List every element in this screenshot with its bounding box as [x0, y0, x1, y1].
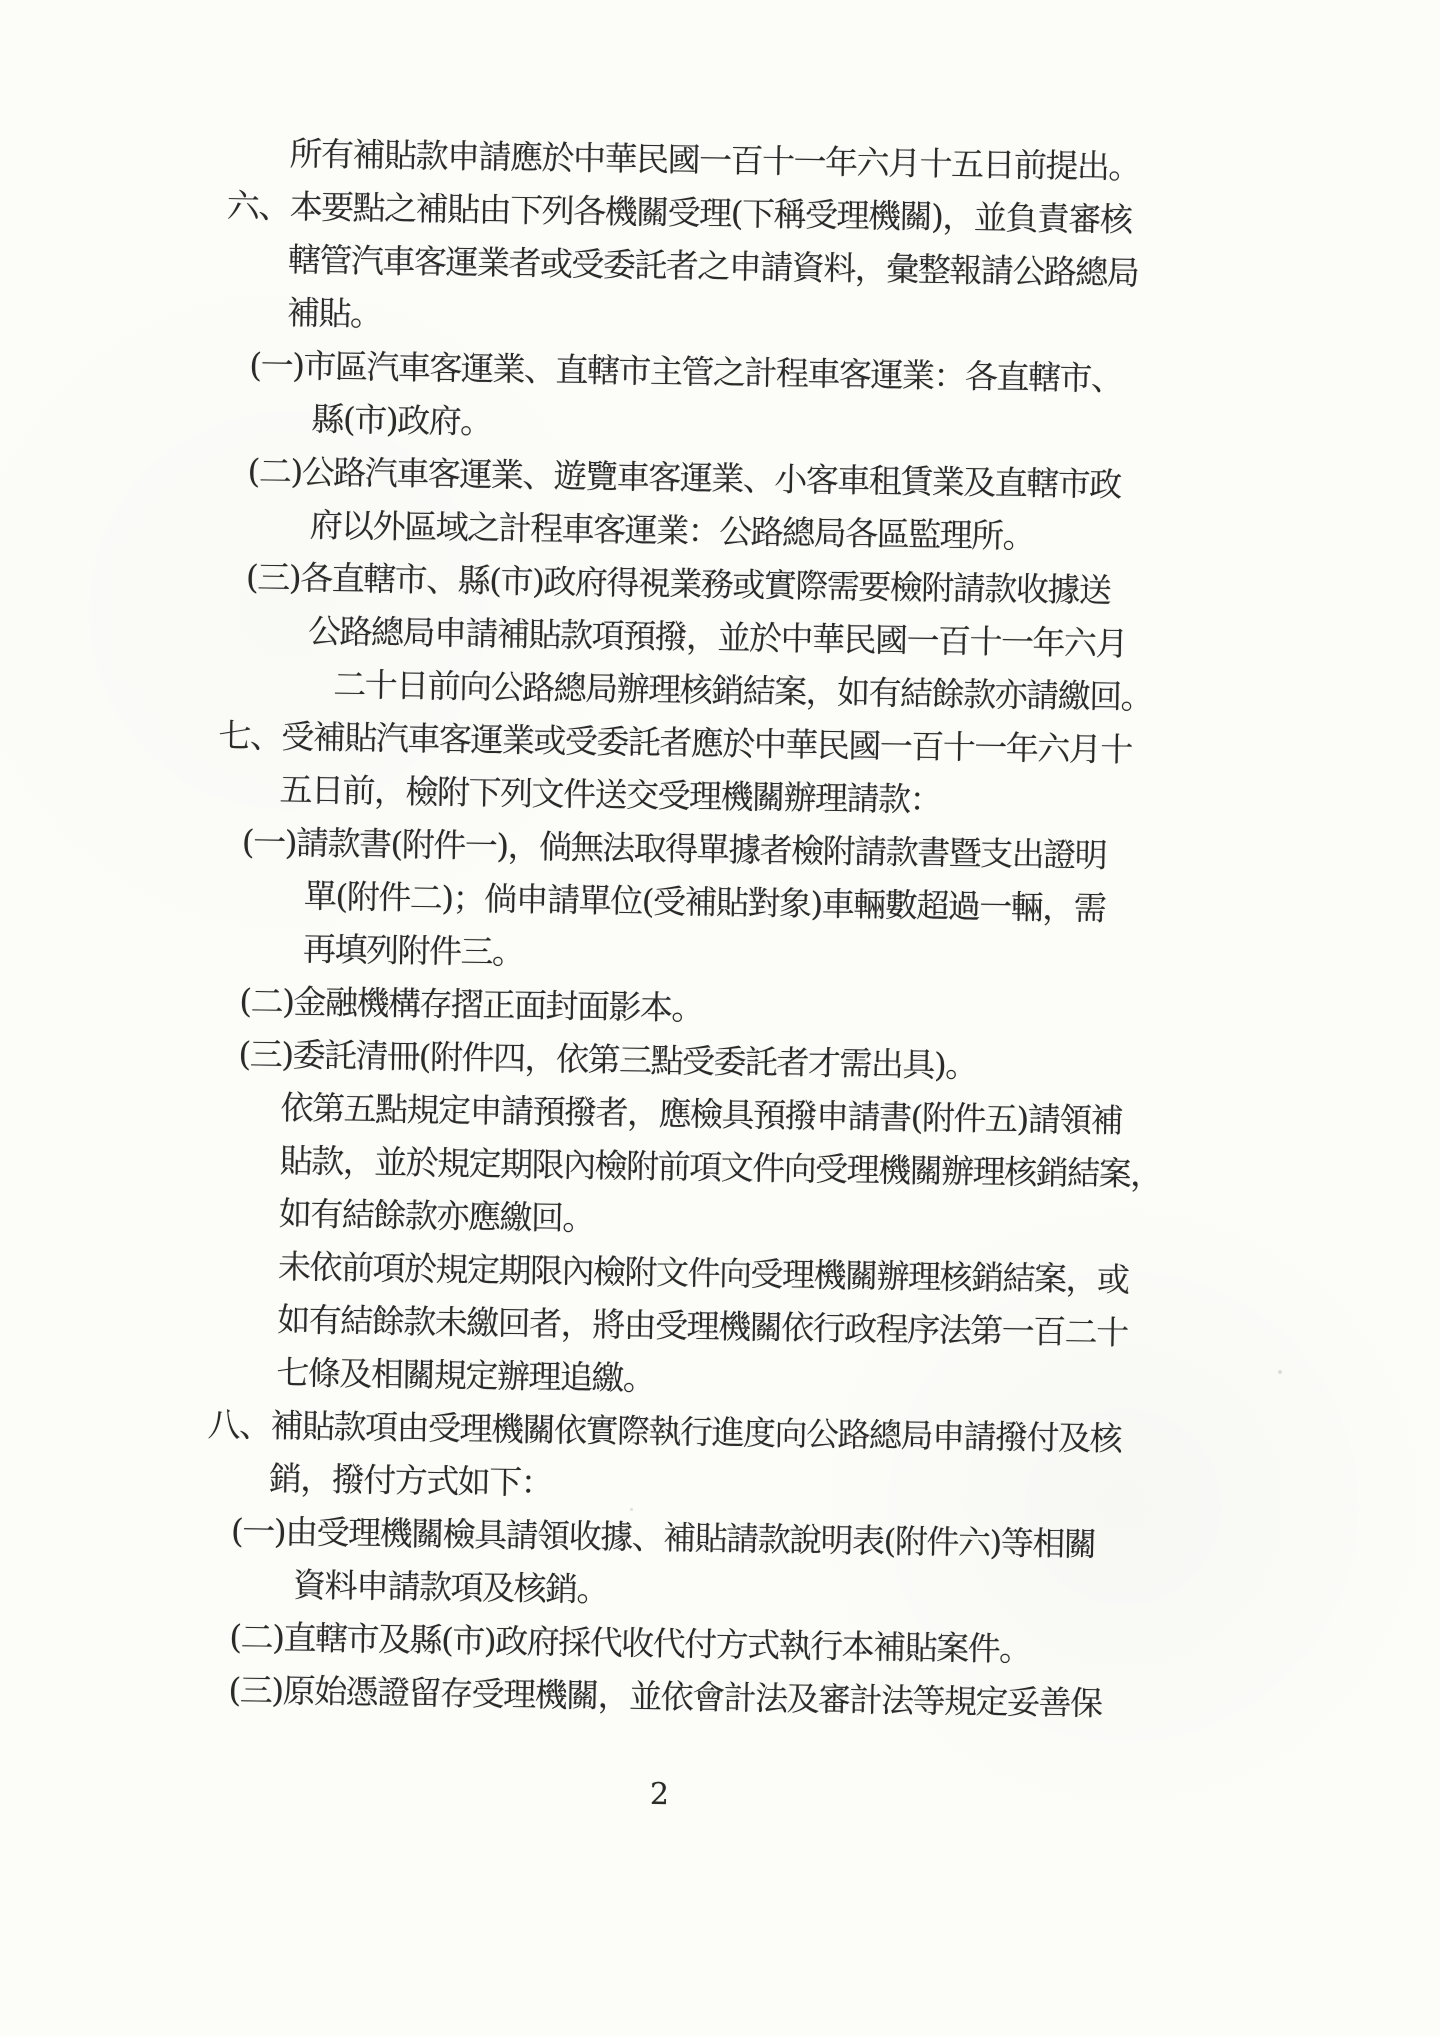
page-number: 2	[202, 1771, 1282, 1822]
document-text-block: 所有補貼款申請應於中華民國一百十一年六月十五日前提出。六、本要點之補貼由下列各機…	[202, 126, 1308, 1822]
document-page: 所有補貼款申請應於中華民國一百十一年六月十五日前提出。六、本要點之補貼由下列各機…	[0, 0, 1440, 2036]
